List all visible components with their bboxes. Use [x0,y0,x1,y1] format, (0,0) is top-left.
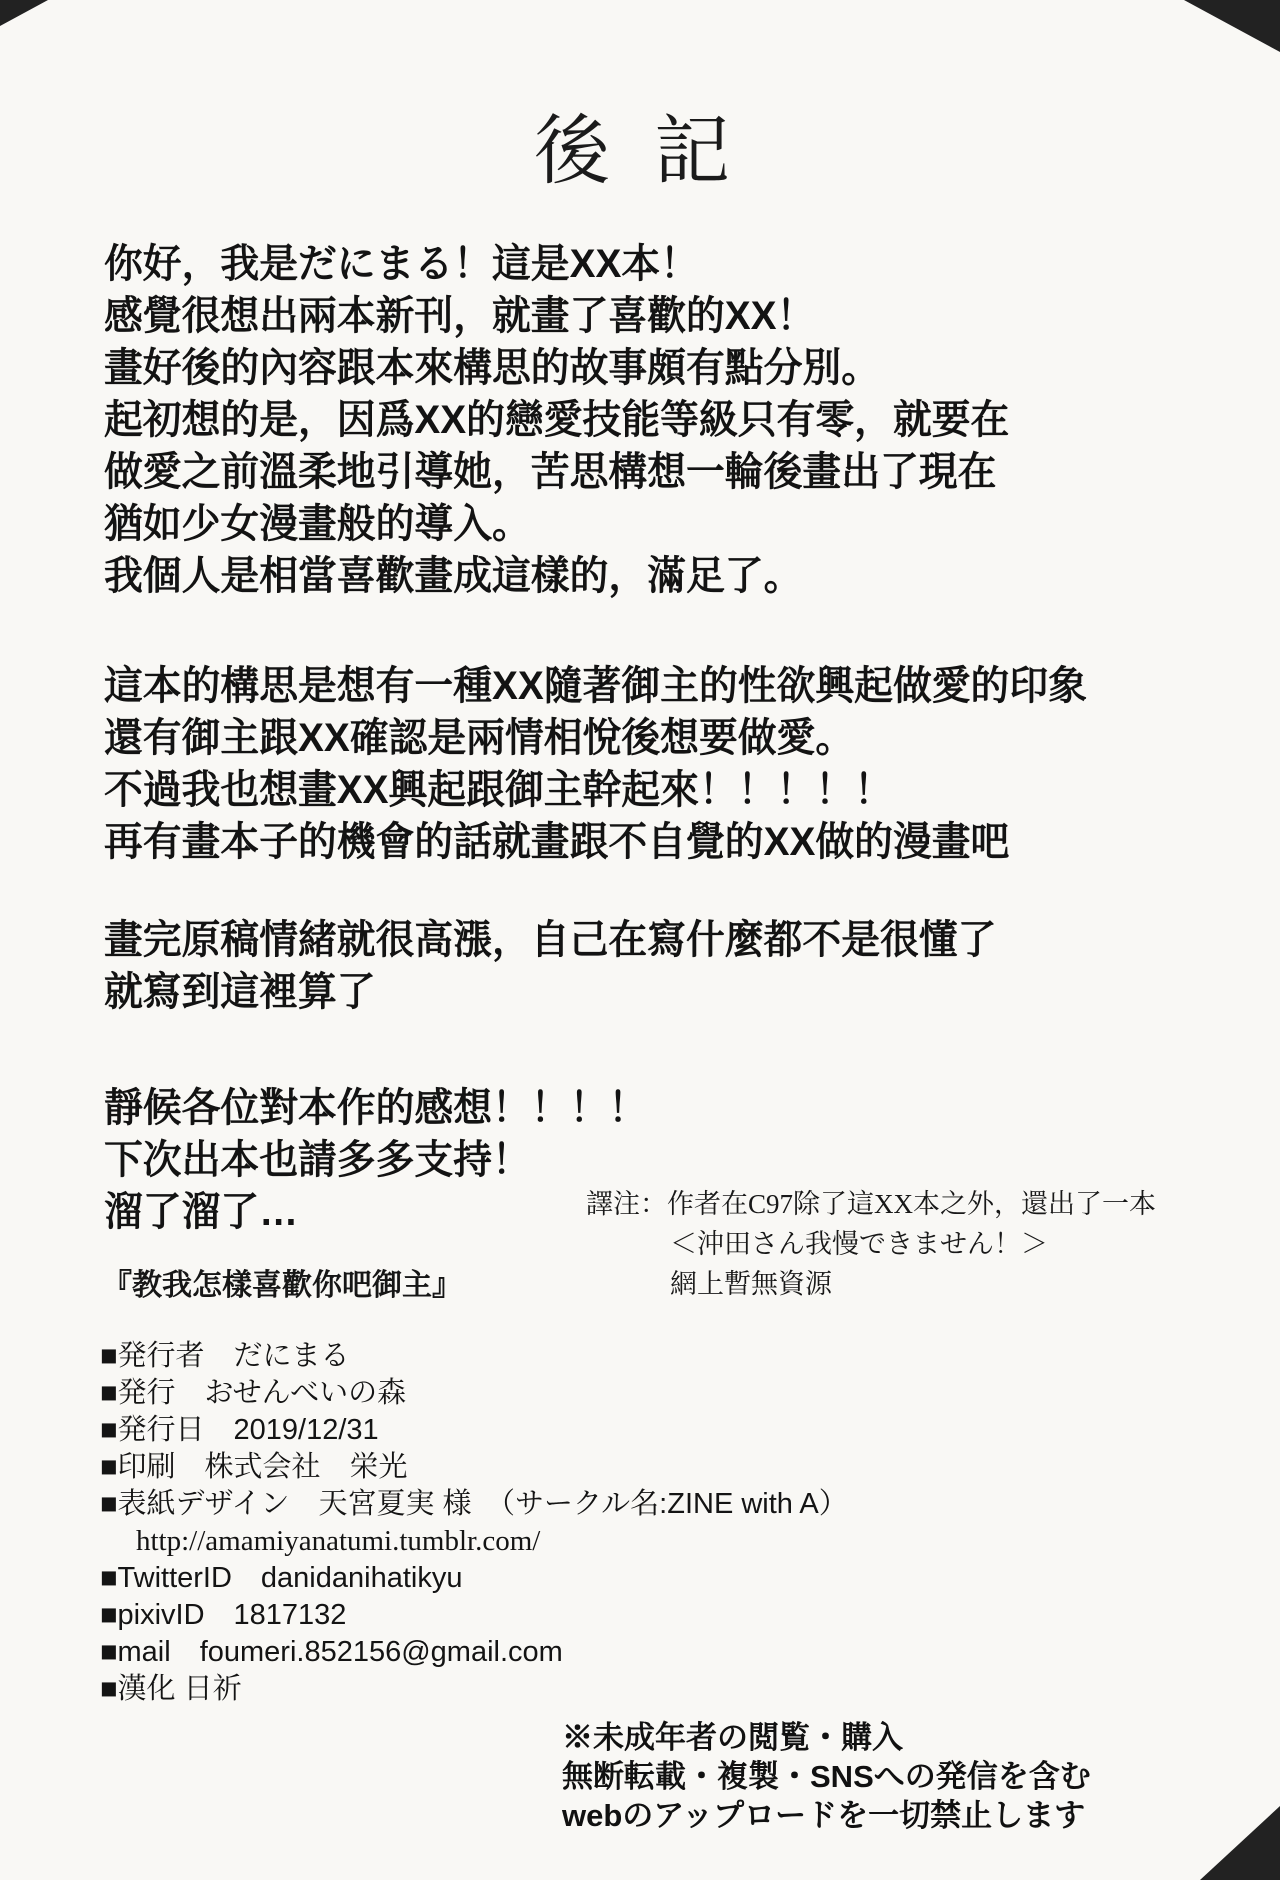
translator-note-line: 譯注：作者在C97除了這XX本之外，還出了一本 [586,1184,1156,1224]
colophon-pixiv-line: ■pixivID 1817132 [100,1597,848,1634]
afterword-line: 下次出本也請多多支持！ [104,1134,647,1186]
colophon-translation-group-line: ■漢化 日祈 [100,1671,848,1708]
book-title: 『教我怎樣喜歡你吧御主』 [102,1260,462,1304]
afterword-line: 我個人是相當喜歡畫成這樣的，滿足了。 [104,550,1009,602]
afterword-line: 還有御主跟XX確認是兩情相悅後想要做愛。 [104,712,1087,764]
afterword-paragraph-2: 這本的構思是想有一種XX隨著御主的性欲興起做愛的印象 還有御主跟XX確認是兩情相… [104,660,1087,868]
disclaimer-line: ※未成年者の閲覧・購入 [562,1718,1091,1757]
afterword-line: 就寫到這裡算了 [104,966,996,1018]
afterword-line: 感覺很想出兩本新刊，就畫了喜歡的XX！ [104,290,1009,342]
scan-corner-artifact [0,0,48,26]
afterword-paragraph-3: 畫完原稿情緒就很高漲，自己在寫什麼都不是很懂了 就寫到這裡算了 [104,914,996,1018]
disclaimer-line: 無断転載・複製・SNSへの発信を含む [562,1757,1091,1796]
afterword-line: 畫完原稿情緒就很高漲，自己在寫什麼都不是很懂了 [104,914,996,966]
colophon-circle-line: ■発行 おせんべいの森 [100,1375,848,1412]
translator-note-line: ＜沖田さん我慢できません！＞ [586,1224,1156,1264]
colophon-printer-line: ■印刷 株式会社 栄光 [100,1449,848,1486]
colophon-mail-line: ■mail foumeri.852156@gmail.com [100,1634,848,1671]
colophon-url-line: http://amamiyanatumi.tumblr.com/ [100,1523,848,1560]
afterword-line: 起初想的是，因爲XX的戀愛技能等級只有零，就要在 [104,394,1009,446]
age-disclaimer: ※未成年者の閲覧・購入 無断転載・複製・SNSへの発信を含む webのアップロー… [562,1718,1091,1835]
scan-corner-artifact [1184,0,1280,52]
colophon-twitter-line: ■TwitterID danidanihatikyu [100,1560,848,1597]
afterword-line: 這本的構思是想有一種XX隨著御主的性欲興起做愛的印象 [104,660,1087,712]
disclaimer-line: webのアップロードを一切禁止します [562,1796,1091,1835]
afterword-line: 靜候各位對本作的感想！！！！ [104,1082,647,1134]
afterword-line: 再有畫本子的機會的話就畫跟不自覺的XX做的漫畫吧 [104,816,1087,868]
afterword-paragraph-4: 靜候各位對本作的感想！！！！ 下次出本也請多多支持！ 溜了溜了… [104,1082,647,1238]
translator-note-line: 網上暫無資源 [586,1264,1156,1304]
afterword-paragraph-1: 你好，我是だにまる！這是XX本！ 感覺很想出兩本新刊，就畫了喜歡的XX！ 畫好後… [104,238,1009,602]
afterword-line: 不過我也想畫XX興起跟御主幹起來！！！！！ [104,764,1087,816]
translator-note: 譯注：作者在C97除了這XX本之外，還出了一本 ＜沖田さん我慢できません！＞ 網… [586,1184,1156,1304]
afterword-line: 你好，我是だにまる！這是XX本！ [104,238,1009,290]
afterword-page: 後記 你好，我是だにまる！這是XX本！ 感覺很想出兩本新刊，就畫了喜歡的XX！ … [0,0,1280,1880]
colophon-publisher-line: ■発行者 だにまる [100,1338,848,1375]
colophon: ■発行者 だにまる ■発行 おせんべいの森 ■発行日 2019/12/31 ■印… [100,1338,848,1708]
colophon-cover-design-line: ■表紙デザイン 天宮夏実 様 （サークル名:ZINE with A） [100,1486,848,1523]
colophon-date-line: ■発行日 2019/12/31 [100,1412,848,1449]
afterword-line: 做愛之前溫柔地引導她，苦思構想一輪後畫出了現在 [104,446,1009,498]
afterword-line: 畫好後的內容跟本來構思的故事頗有點分別。 [104,342,1009,394]
scan-corner-artifact [1200,1806,1280,1880]
afterword-line: 猶如少女漫畫般的導入。 [104,498,1009,550]
afterword-line: 溜了溜了… [104,1186,647,1238]
page-title: 後記 [534,90,774,199]
